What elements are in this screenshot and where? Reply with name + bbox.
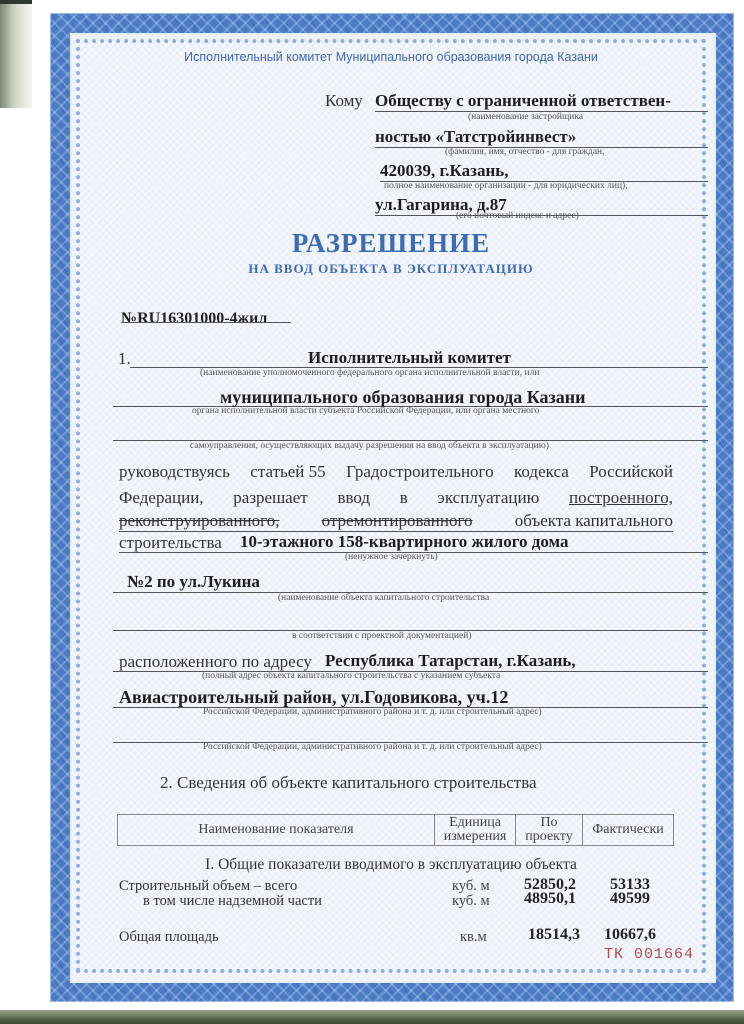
- group-heading: I. Общие показатели вводимого в эксплуат…: [70, 856, 712, 874]
- col-unit-line-1: Единица: [437, 816, 513, 830]
- row-project-value: 48950,1: [524, 890, 576, 908]
- address-prefix: расположенного по адресу: [119, 652, 312, 672]
- row-unit: кв.м: [460, 929, 487, 946]
- row-unit: куб. м: [452, 893, 490, 910]
- addressee-hint-4: (его почтовый индекс и адрес): [456, 211, 579, 221]
- word: кодекса: [514, 462, 569, 482]
- address-line-1: Республика Татарстан, г.Казань,: [325, 651, 576, 671]
- section-1-number: 1.: [118, 349, 131, 369]
- addressee-line-1: Обществу с ограниченной ответствен-: [375, 91, 671, 111]
- word: эксплуатацию: [438, 488, 540, 508]
- addressee-hint-1: (наименование застройщика: [468, 112, 583, 122]
- addressee-label: Кому: [325, 91, 363, 111]
- section-2-heading: 2. Сведения об объекте капитального стро…: [160, 773, 537, 793]
- indicators-table-header: Наименование показателя Единица измерени…: [117, 814, 674, 846]
- paragraph-line-2: Федерации, разрешает ввод в эксплуатацию…: [119, 488, 673, 508]
- col-project-line-1: По: [518, 816, 580, 830]
- paragraph-line-3: реконструированного, отремонтированного …: [119, 511, 673, 531]
- object-name-2: №2 по ул.Лукина: [127, 572, 260, 592]
- col-project-line-2: проекту: [518, 830, 580, 844]
- authority-hint-3: самоуправления, осуществляющих выдачу ра…: [190, 441, 549, 451]
- strike-hint: (ненужное зачеркнуть): [345, 552, 438, 562]
- address-hint-1: (полный адрес объекта капитального строи…: [202, 671, 500, 681]
- col-name: Наименование показателя: [118, 815, 435, 846]
- serial-number: ТК 001664: [604, 946, 694, 963]
- scanner-edge: [0, 0, 32, 108]
- para-prefix-construction: строительства: [119, 533, 222, 553]
- issuer-header: Исполнительный комитет Муниципального об…: [70, 50, 712, 64]
- col-actual: Фактически: [583, 815, 674, 846]
- word: Градостроительного: [346, 462, 494, 482]
- authority-hint-1: (наименование уполномоченного федерально…: [200, 368, 539, 378]
- underline: [121, 322, 291, 323]
- address-line-2: Авиастроительный район, ул.Годовикова, у…: [119, 687, 508, 708]
- row-label: Общая площадь: [119, 929, 219, 946]
- col-unit: Единица измерения: [435, 815, 516, 846]
- scanner-edge-bottom: [0, 1010, 744, 1024]
- word: руководствуясь: [119, 462, 230, 482]
- word: разрешает: [233, 488, 307, 508]
- addressee-line-2: ностью «Татстройинвест»: [375, 127, 576, 147]
- word: объекта капитального: [515, 511, 673, 531]
- addressee-hint-2: (фамилия, имя, отчество - для граждан,: [445, 147, 605, 157]
- word: Федерации,: [119, 488, 204, 508]
- row-project-value: 18514,3: [528, 926, 580, 944]
- word: ввод: [337, 488, 370, 508]
- address-hint-3: Российской Федерации, административного …: [203, 742, 542, 752]
- registration-number: №RU16301000-4жил: [121, 310, 267, 328]
- document-subtitle: НА ВВОД ОБЪЕКТА В ЭКСПЛУАТАЦИЮ: [70, 261, 712, 277]
- document-title: РАЗРЕШЕНИЕ: [70, 228, 712, 259]
- authority-name-2: муниципального образования города Казани: [220, 387, 586, 408]
- authority-name-1: Исполнительный комитет: [308, 348, 511, 368]
- row-actual-value: 49599: [610, 890, 650, 908]
- word: статьей 55: [250, 462, 325, 482]
- row-actual-value: 10667,6: [604, 926, 656, 944]
- row-label: в том числе надземной части: [143, 893, 322, 910]
- addressee-hint-3: полное наименование организации - для юр…: [384, 181, 628, 191]
- col-unit-line-2: измерения: [437, 830, 513, 844]
- word: Российской: [589, 462, 673, 482]
- object-hint-2: в соответствии с проектной документацией…: [292, 631, 471, 641]
- scanner-edge-top: [0, 0, 32, 4]
- word: в: [400, 488, 408, 508]
- object-name-1: 10-этажного 158-квартирного жилого дома: [240, 532, 569, 552]
- option-reconstructed-struck: реконструированного,: [119, 511, 279, 531]
- option-repaired-struck: отремонтированного: [322, 511, 473, 531]
- addressee-line-3: 420039, г.Казань,: [380, 161, 509, 181]
- col-project: По проекту: [516, 815, 583, 846]
- authority-hint-2: органа исполнительной власти субъекта Ро…: [192, 406, 539, 416]
- object-hint-1: (наименование объекта капитального строи…: [278, 593, 489, 603]
- option-built: построенного,: [569, 488, 673, 508]
- address-hint-2: Российской Федерации, административного …: [203, 707, 542, 717]
- paragraph-line-1: руководствуясь статьей 55 Градостроитель…: [119, 462, 673, 482]
